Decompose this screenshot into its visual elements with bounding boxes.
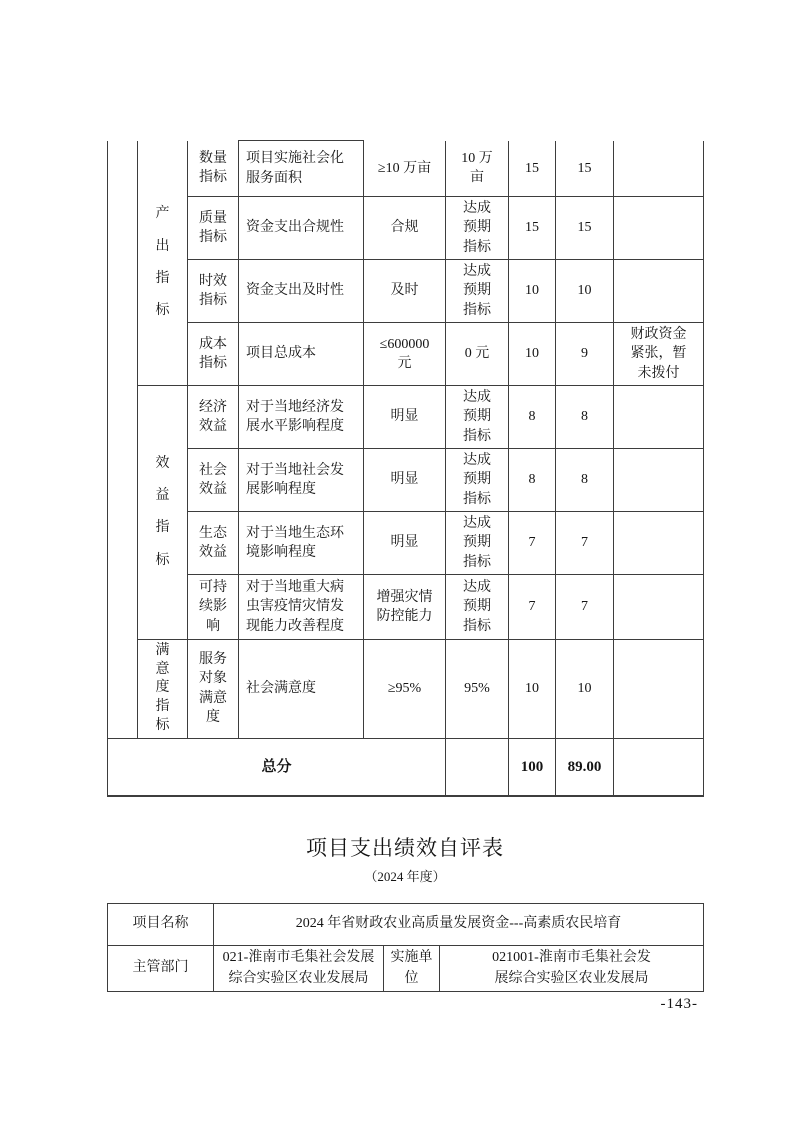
group-label-benefit: 效益指标 [154, 448, 172, 577]
cell-sub-indicator: 社会 效益 [188, 448, 239, 511]
cell-sub-indicator: 经济 效益 [188, 385, 239, 448]
cell-sub-indicator: 质量 指标 [188, 197, 239, 260]
cell-indicator-name: 对于当地重大病 虫害疫情灾情发 现能力改善程度 [239, 574, 364, 639]
cell-group-satisfaction-indicators: 满意度指标 [138, 639, 188, 738]
cell-indicator-name: 对于当地社会发 展影响程度 [239, 448, 364, 511]
cell-indicator-name: 项目实施社会化 服务面积 [239, 141, 364, 197]
group-label-satisfaction: 满意度指标 [154, 642, 172, 736]
cell-target-value: ≥10 万亩 [364, 141, 446, 197]
cell-note [614, 574, 704, 639]
cell-dept-label: 主管部门 [108, 946, 214, 992]
cell-target-value: 增强灾情 防控能力 [364, 574, 446, 639]
cell-indicator-name: 社会满意度 [239, 639, 364, 738]
cell-sub-indicator: 成本 指标 [188, 322, 239, 385]
cell-indicator-name: 项目总成本 [239, 322, 364, 385]
project-info-table: 项目名称 2024 年省财政农业高质量发展资金---高素质农民培育 主管部门 0… [107, 903, 704, 992]
cell-indicator-name: 对于当地生态环 境影响程度 [239, 511, 364, 574]
cell-score: 7 [556, 574, 614, 639]
cell-total-weight: 100 [509, 738, 556, 796]
cell-target-value: ≤600000 元 [364, 322, 446, 385]
cell-score: 9 [556, 322, 614, 385]
cell-sub-indicator: 时效 指标 [188, 260, 239, 323]
cell-actual-value: 达成 预期 指标 [446, 197, 509, 260]
page-subtitle: （2024 年度） [107, 866, 703, 885]
cell-note [614, 385, 704, 448]
cell-weight: 15 [509, 141, 556, 197]
cell-weight: 7 [509, 574, 556, 639]
cell-score: 10 [556, 260, 614, 323]
performance-score-table: 产出指标 数量 指标 项目实施社会化 服务面积 ≥10 万亩 10 万 亩 15… [107, 140, 704, 797]
cell-total-actual [446, 738, 509, 796]
cell-left-margin-column [108, 141, 138, 739]
cell-sub-indicator: 数量 指标 [188, 141, 239, 197]
row-timeliness-indicator: 时效 指标 资金支出及时性 及时 达成 预期 指标 10 10 [108, 260, 704, 323]
row-satisfaction-indicator: 满意度指标 服务 对象 满意 度 社会满意度 ≥95% 95% 10 10 [108, 639, 704, 738]
cell-target-value: 明显 [364, 511, 446, 574]
document-page: 产出指标 数量 指标 项目实施社会化 服务面积 ≥10 万亩 10 万 亩 15… [0, 0, 794, 1122]
cell-target-value: 明显 [364, 385, 446, 448]
cell-note [614, 639, 704, 738]
cell-sub-indicator: 可持 续影 响 [188, 574, 239, 639]
cell-project-name-label: 项目名称 [108, 904, 214, 946]
cell-target-value: ≥95% [364, 639, 446, 738]
group-label-output: 产出指标 [154, 198, 172, 327]
cell-note [614, 141, 704, 197]
cell-actual-value: 达成 预期 指标 [446, 448, 509, 511]
cell-weight: 15 [509, 197, 556, 260]
cell-total-note [614, 738, 704, 796]
cell-weight: 10 [509, 322, 556, 385]
cell-score: 15 [556, 141, 614, 197]
cell-sub-indicator: 服务 对象 满意 度 [188, 639, 239, 738]
row-cost-indicator: 成本 指标 项目总成本 ≤600000 元 0 元 10 9 财政资金 紧张，暂… [108, 322, 704, 385]
cell-group-output-indicators: 产出指标 [138, 141, 188, 386]
cell-project-name-value: 2024 年省财政农业高质量发展资金---高素质农民培育 [214, 904, 704, 946]
row-economic-benefit: 效益指标 经济 效益 对于当地经济发 展水平影响程度 明显 达成 预期 指标 8… [108, 385, 704, 448]
cell-actual-value: 达成 预期 指标 [446, 385, 509, 448]
cell-indicator-name: 对于当地经济发 展水平影响程度 [239, 385, 364, 448]
cell-target-value: 明显 [364, 448, 446, 511]
cell-weight: 10 [509, 260, 556, 323]
cell-weight: 8 [509, 448, 556, 511]
cell-weight: 10 [509, 639, 556, 738]
page-number: -143- [661, 996, 699, 1013]
cell-note [614, 197, 704, 260]
cell-sub-indicator: 生态 效益 [188, 511, 239, 574]
cell-note [614, 511, 704, 574]
cell-actual-value: 达成 预期 指标 [446, 574, 509, 639]
cell-target-value: 及时 [364, 260, 446, 323]
row-total-score: 总分 100 89.00 [108, 738, 704, 796]
cell-score: 7 [556, 511, 614, 574]
row-sustainable-impact: 可持 续影 响 对于当地重大病 虫害疫情灾情发 现能力改善程度 增强灾情 防控能… [108, 574, 704, 639]
cell-target-value: 合规 [364, 197, 446, 260]
cell-impl-unit-value: 021001-淮南市毛集社会发 展综合实验区农业发展局 [440, 946, 704, 992]
cell-score: 8 [556, 385, 614, 448]
cell-total-label: 总分 [108, 738, 446, 796]
cell-weight: 7 [509, 511, 556, 574]
cell-score: 15 [556, 197, 614, 260]
cell-score: 10 [556, 639, 614, 738]
cell-note [614, 448, 704, 511]
row-quantity-indicator: 产出指标 数量 指标 项目实施社会化 服务面积 ≥10 万亩 10 万 亩 15… [108, 141, 704, 197]
row-ecological-benefit: 生态 效益 对于当地生态环 境影响程度 明显 达成 预期 指标 7 7 [108, 511, 704, 574]
cell-actual-value: 达成 预期 指标 [446, 260, 509, 323]
row-departments: 主管部门 021-淮南市毛集社会发展 综合实验区农业发展局 实施单 位 0210… [108, 946, 704, 992]
cell-weight: 8 [509, 385, 556, 448]
cell-actual-value: 0 元 [446, 322, 509, 385]
row-project-name: 项目名称 2024 年省财政农业高质量发展资金---高素质农民培育 [108, 904, 704, 946]
cell-indicator-name: 资金支出及时性 [239, 260, 364, 323]
cell-indicator-name: 资金支出合规性 [239, 197, 364, 260]
cell-score: 8 [556, 448, 614, 511]
cell-note [614, 260, 704, 323]
cell-actual-value: 达成 预期 指标 [446, 511, 509, 574]
row-quality-indicator: 质量 指标 资金支出合规性 合规 达成 预期 指标 15 15 [108, 197, 704, 260]
page-title: 项目支出绩效自评表 [107, 832, 703, 862]
row-social-benefit: 社会 效益 对于当地社会发 展影响程度 明显 达成 预期 指标 8 8 [108, 448, 704, 511]
cell-total-score: 89.00 [556, 738, 614, 796]
cell-actual-value: 95% [446, 639, 509, 738]
cell-actual-value: 10 万 亩 [446, 141, 509, 197]
cell-dept-value: 021-淮南市毛集社会发展 综合实验区农业发展局 [214, 946, 384, 992]
cell-note: 财政资金 紧张，暂 未拨付 [614, 322, 704, 385]
cell-group-benefit-indicators: 效益指标 [138, 385, 188, 639]
cell-impl-unit-label: 实施单 位 [384, 946, 440, 992]
